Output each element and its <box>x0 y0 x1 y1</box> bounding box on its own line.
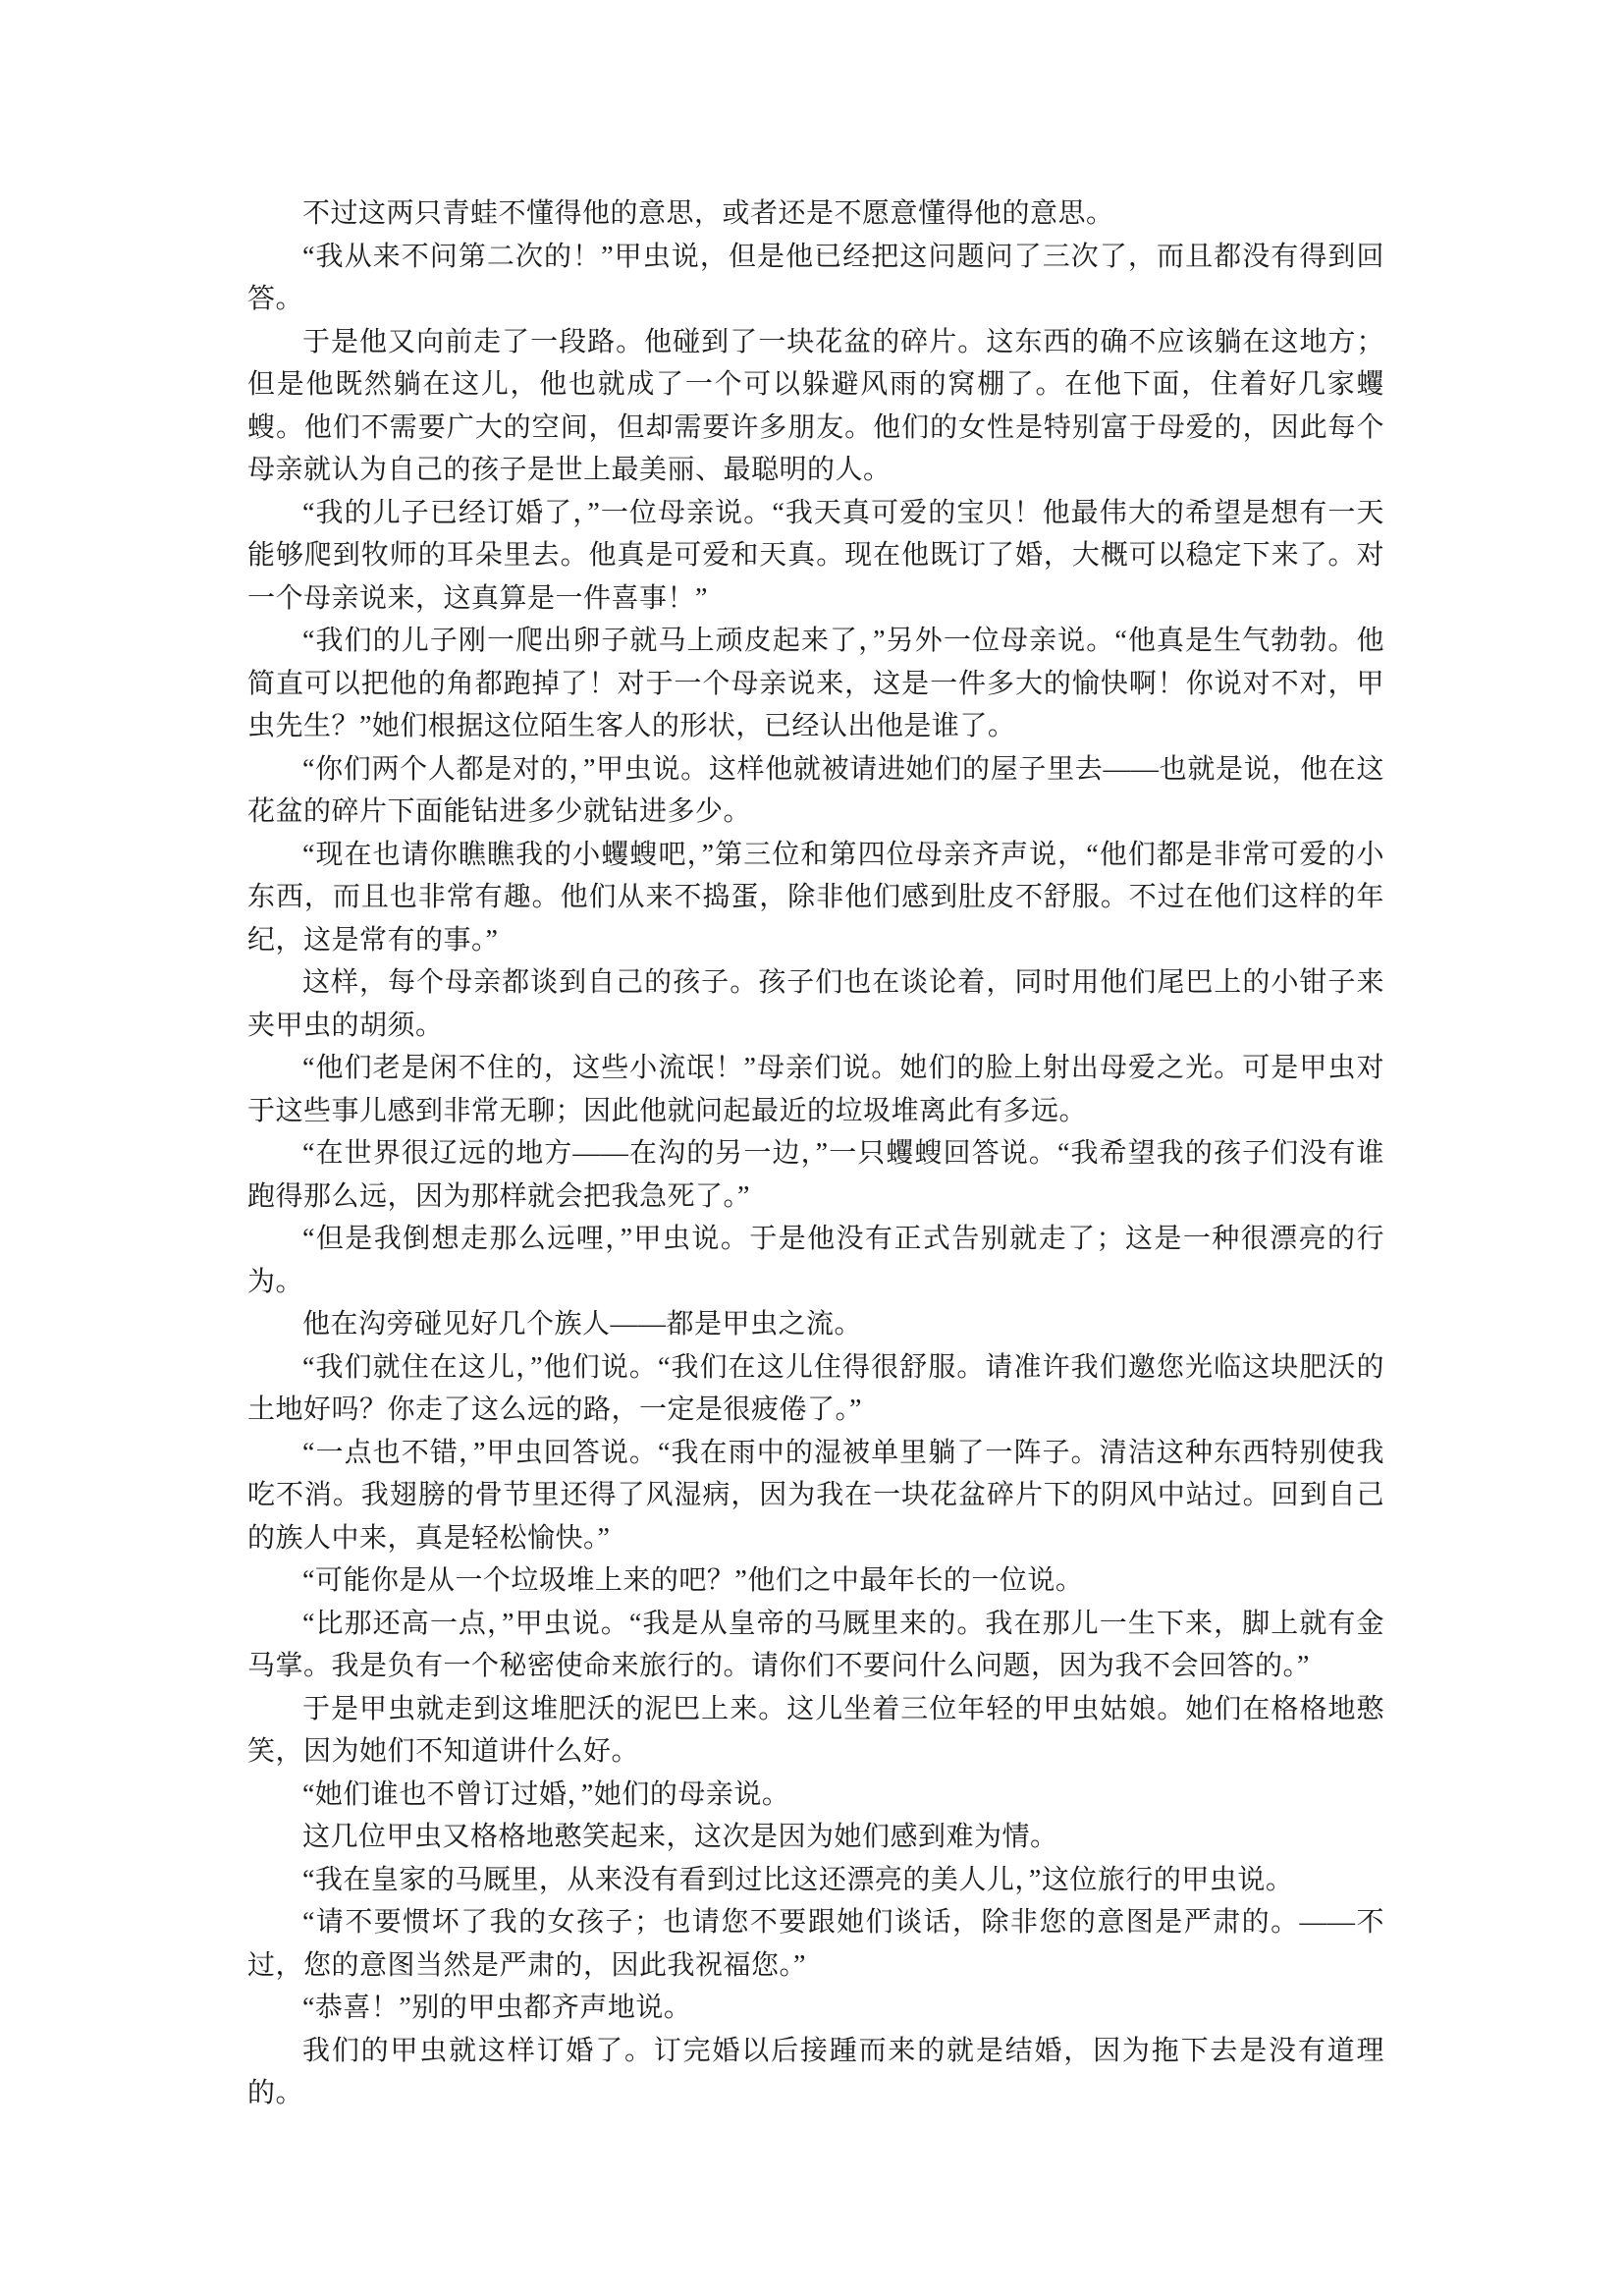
document-page: 不过这两只青蛙不懂得他的意思，或者还是不愿意懂得他的意思。“我从来不问第二次的！… <box>0 0 1623 2296</box>
paragraph: 这样，每个母亲都谈到自己的孩子。孩子们也在谈论着，同时用他们尾巴上的小钳子来夹甲… <box>247 961 1384 1047</box>
paragraph: “恭喜！”别的甲虫都齐声地说。 <box>247 1987 1384 2030</box>
paragraph: “请不要惯坏了我的女孩子；也请您不要跟她们谈话，除非您的意图是严肃的。——不过，… <box>247 1901 1384 1987</box>
paragraph: 不过这两只青蛙不懂得他的意思，或者还是不愿意懂得他的意思。 <box>247 192 1384 236</box>
paragraph: 于是甲虫就走到这堆肥沃的泥巴上来。这儿坐着三位年轻的甲虫姑娘。她们在格格地憨笑，… <box>247 1688 1384 1774</box>
paragraph: “但是我倒想走那么远哩，”甲虫说。于是他没有正式告别就走了；这是一种很漂亮的行为… <box>247 1218 1384 1303</box>
paragraph: 于是他又向前走了一段路。他碰到了一块花盆的碎片。这东西的确不应该躺在这地方；但是… <box>247 321 1384 492</box>
paragraph: “一点也不错，”甲虫回答说。“我在雨中的湿被单里躺了一阵子。清洁这种东西特别使我… <box>247 1432 1384 1560</box>
paragraph: “比那还高一点，”甲虫说。“我是从皇帝的马厩里来的。我在那儿一生下来，脚上就有金… <box>247 1603 1384 1688</box>
paragraph: “在世界很辽远的地方——在沟的另一边，”一只蠼螋回答说。“我希望我的孩子们没有谁… <box>247 1132 1384 1218</box>
paragraph: “可能你是从一个垃圾堆上来的吧？”他们之中最年长的一位说。 <box>247 1559 1384 1603</box>
paragraph: “你们两个人都是对的，”甲虫说。这样他就被请进她们的屋子里去——也就是说，他在这… <box>247 748 1384 834</box>
paragraph: “我从来不问第二次的！”甲虫说，但是他已经把这问题问了三次了，而且都没有得到回答… <box>247 236 1384 321</box>
paragraph: “他们老是闲不住的，这些小流氓！”母亲们说。她们的脸上射出母爱之光。可是甲虫对于… <box>247 1047 1384 1132</box>
paragraph: “现在也请你瞧瞧我的小蠼螋吧，”第三位和第四位母亲齐声说，“他们都是非常可爱的小… <box>247 834 1384 962</box>
paragraph: 我们的甲虫就这样订婚了。订完婚以后接踵而来的就是结婚，因为拖下去是没有道理的。 <box>247 2030 1384 2115</box>
paragraph: “我的儿子已经订婚了，”一位母亲说。“我天真可爱的宝贝！他最伟大的希望是想有一天… <box>247 492 1384 621</box>
paragraph: “我们的儿子刚一爬出卵子就马上顽皮起来了，”另外一位母亲说。“他真是生气勃勃。他… <box>247 620 1384 748</box>
paragraph: “我们就住在这儿，”他们说。“我们在这儿住得很舒服。请准许我们邀您光临这块肥沃的… <box>247 1346 1384 1432</box>
paragraph: 他在沟旁碰见好几个族人——都是甲虫之流。 <box>247 1303 1384 1346</box>
story-text-block: 不过这两只青蛙不懂得他的意思，或者还是不愿意懂得他的意思。“我从来不问第二次的！… <box>247 192 1384 2115</box>
paragraph: “她们谁也不曾订过婚，”她们的母亲说。 <box>247 1774 1384 1817</box>
paragraph: “我在皇家的马厩里，从来没有看到过比这还漂亮的美人儿，”这位旅行的甲虫说。 <box>247 1859 1384 1902</box>
paragraph: 这几位甲虫又格格地憨笑起来，这次是因为她们感到难为情。 <box>247 1816 1384 1859</box>
